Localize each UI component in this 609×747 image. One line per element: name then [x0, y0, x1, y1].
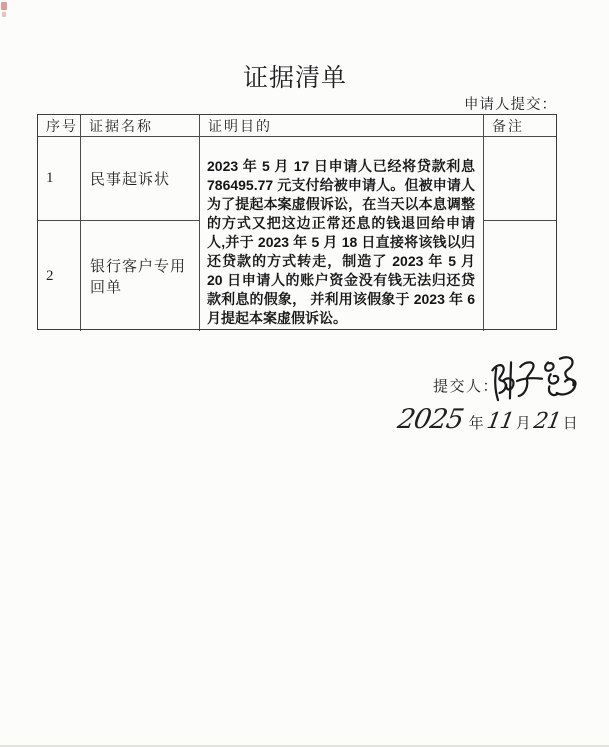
- date-month-handwritten: 11: [485, 409, 515, 434]
- date-year-label: 年: [469, 412, 484, 433]
- col-header-remark: 备注: [484, 115, 556, 137]
- date-year-handwritten: 2025: [395, 404, 465, 435]
- table-row-2-evidence-name: 银行客户专用回单: [81, 221, 200, 331]
- page-title: 证据清单: [243, 58, 347, 94]
- scan-artifact-red-mark: [2, 12, 6, 17]
- date-month-label: 月: [516, 412, 531, 433]
- purpose-merged-cell: 2023 年 5 月 17 日申请人已经将贷款利息 786495.77 元支付给…: [200, 137, 484, 331]
- handwritten-date: 2025 年 11 月 21 日: [398, 404, 580, 435]
- table-row-1-evidence-name: 民事起诉状: [81, 137, 200, 221]
- table-row-2-number: 2: [38, 221, 81, 331]
- evidence-table: 序号 证据名称 证明目的 备注 1 民事起诉状 2023 年 5 月 17 日申…: [37, 114, 557, 330]
- col-header-evidence-name: 证据名称: [81, 115, 200, 137]
- scan-artifact-red-mark: [1, 2, 7, 10]
- scanned-document-page: 证据清单 申请人提交： 序号 证据名称 证明目的 备注 1 民事起诉状 2023…: [0, 0, 609, 747]
- submitter-note: 申请人提交：: [464, 93, 557, 114]
- date-day-handwritten: 21: [532, 409, 562, 434]
- handwritten-signature: [490, 352, 585, 408]
- table-row-1-number: 1: [38, 137, 81, 221]
- purpose-text: 2023 年 5 月 17 日申请人已经将贷款利息 786495.77 元支付给…: [207, 157, 475, 328]
- col-header-number: 序号: [38, 115, 81, 137]
- date-day-label: 日: [563, 412, 578, 433]
- table-row-1-remark: [484, 137, 556, 221]
- table-row-2-remark: [484, 221, 556, 331]
- col-header-purpose: 证明目的: [200, 115, 484, 137]
- signature-name: 陈子强: [0, 0, 1, 1]
